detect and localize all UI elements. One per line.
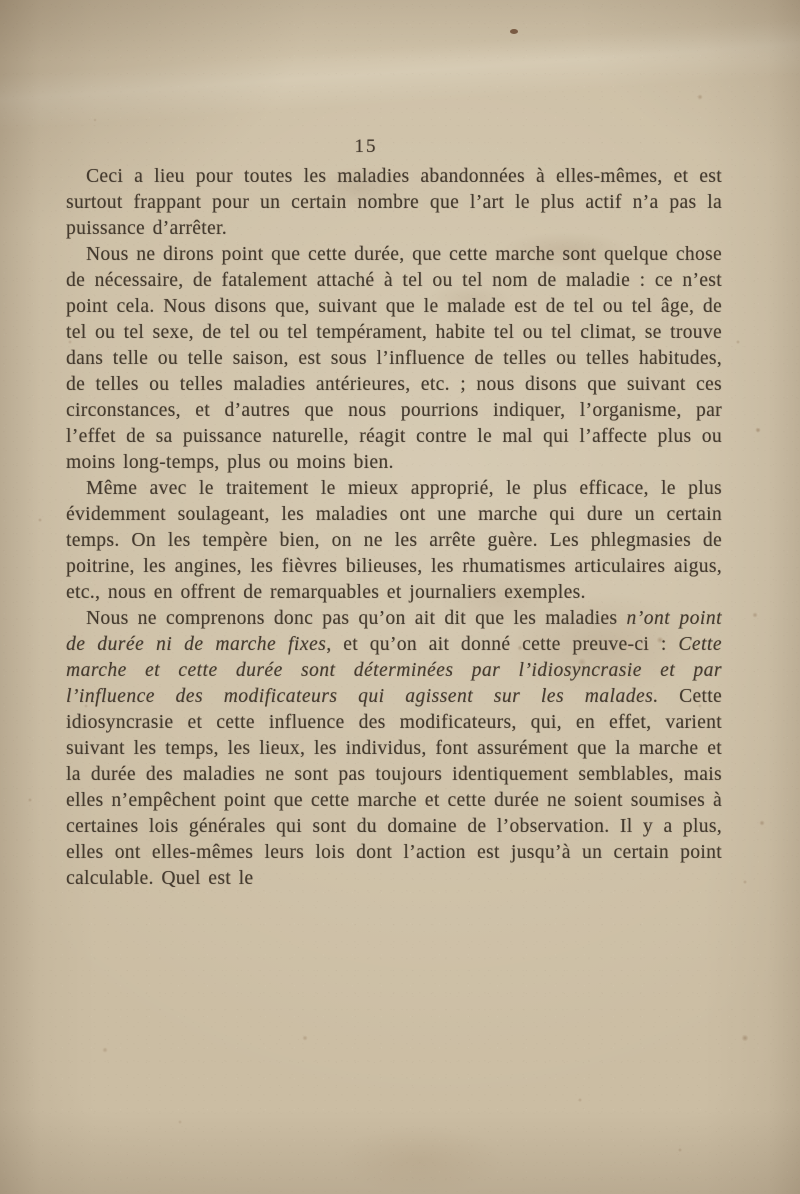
- text-run: Nous ne dirons point que cette durée, qu…: [66, 244, 722, 473]
- text-run: Même avec le traitement le mieux appropr…: [66, 478, 722, 603]
- page-number: 15: [38, 136, 694, 158]
- ink-fleck: [510, 29, 518, 34]
- paragraph-1: Ceci a lieu pour toutes les maladies aba…: [66, 164, 722, 242]
- text-run: Cette idiosyncrasie et cette influence d…: [66, 686, 722, 889]
- text-run: , et qu’on ait donné cette preuve-ci :: [326, 634, 678, 655]
- paragraph-3: Même avec le traitement le mieux appropr…: [66, 476, 722, 606]
- book-page-scan: 15 Ceci a lieu pour toutes les maladies …: [0, 0, 800, 1194]
- paragraph-4: Nous ne comprenons donc pas qu’on ait di…: [66, 606, 722, 892]
- text-run: Nous ne comprenons donc pas qu’on ait di…: [86, 608, 626, 629]
- paragraph-2: Nous ne dirons point que cette durée, qu…: [66, 242, 722, 476]
- text-block: Ceci a lieu pour toutes les maladies aba…: [66, 164, 722, 892]
- text-run: Ceci a lieu pour toutes les maladies aba…: [66, 166, 722, 239]
